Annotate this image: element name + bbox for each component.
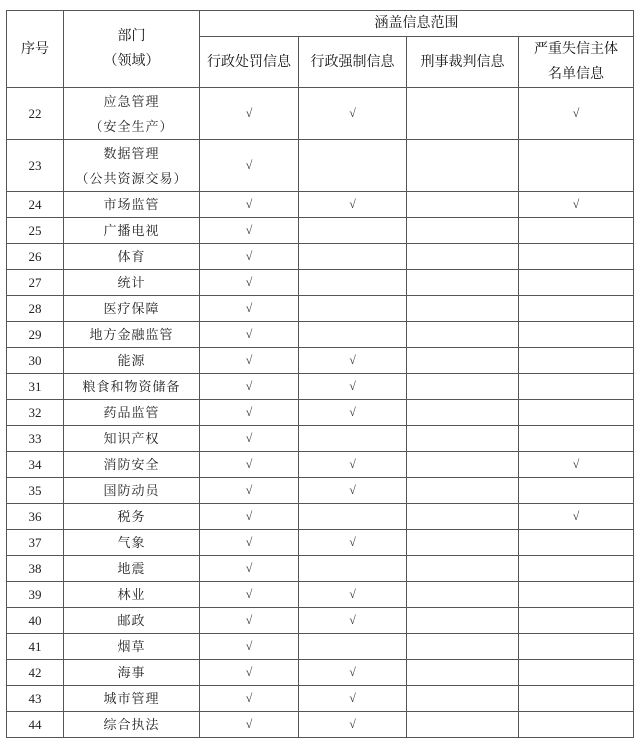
table-row: 35国防动员√√	[7, 478, 634, 504]
criminal-judgment-check	[407, 530, 519, 556]
table-row: 43城市管理√√	[7, 686, 634, 712]
admin-enforcement-check: √	[299, 686, 407, 712]
admin-enforcement-check	[299, 140, 407, 192]
serious-dishonesty-check	[519, 270, 634, 296]
row-index: 26	[7, 244, 64, 270]
admin-enforcement-check: √	[299, 660, 407, 686]
admin-enforcement-check: √	[299, 374, 407, 400]
row-index: 30	[7, 348, 64, 374]
row-index: 23	[7, 140, 64, 192]
row-index: 43	[7, 686, 64, 712]
table-row: 38地震√	[7, 556, 634, 582]
table-row: 28医疗保障√	[7, 296, 634, 322]
table-row: 22应急管理（安全生产）√√√	[7, 88, 634, 140]
header-index: 序号	[7, 11, 64, 88]
serious-dishonesty-check	[519, 686, 634, 712]
header-serious-dishonesty-sublabel: 名单信息	[519, 62, 633, 87]
row-department: 体育	[64, 244, 200, 270]
header-criminal-judgment: 刑事裁判信息	[407, 37, 519, 88]
admin-enforcement-check	[299, 426, 407, 452]
admin-penalty-check: √	[200, 244, 299, 270]
row-department: 地方金融监管	[64, 322, 200, 348]
row-department: 国防动员	[64, 478, 200, 504]
admin-enforcement-check	[299, 296, 407, 322]
header-department-label: 部门	[64, 24, 199, 49]
criminal-judgment-check	[407, 634, 519, 660]
criminal-judgment-check	[407, 582, 519, 608]
serious-dishonesty-check	[519, 556, 634, 582]
table-header: 序号 部门 （领域） 涵盖信息范围 行政处罚信息 行政强制信息 刑事裁判信息 严…	[7, 11, 634, 88]
admin-penalty-check: √	[200, 140, 299, 192]
table-row: 44综合执法√√	[7, 712, 634, 738]
serious-dishonesty-check	[519, 244, 634, 270]
serious-dishonesty-check	[519, 582, 634, 608]
serious-dishonesty-check: √	[519, 504, 634, 530]
table-row: 31粮食和物资储备√√	[7, 374, 634, 400]
table-row: 39林业√√	[7, 582, 634, 608]
row-department: 粮食和物资储备	[64, 374, 200, 400]
row-department: 应急管理（安全生产）	[64, 88, 200, 140]
admin-enforcement-check: √	[299, 400, 407, 426]
row-department: 统计	[64, 270, 200, 296]
serious-dishonesty-check	[519, 634, 634, 660]
row-index: 22	[7, 88, 64, 140]
criminal-judgment-check	[407, 426, 519, 452]
serious-dishonesty-check	[519, 660, 634, 686]
admin-enforcement-check: √	[299, 582, 407, 608]
information-scope-table: 序号 部门 （领域） 涵盖信息范围 行政处罚信息 行政强制信息 刑事裁判信息 严…	[6, 10, 634, 738]
admin-enforcement-check	[299, 504, 407, 530]
row-index: 34	[7, 452, 64, 478]
row-department: 医疗保障	[64, 296, 200, 322]
table-row: 26体育√	[7, 244, 634, 270]
admin-penalty-check: √	[200, 88, 299, 140]
table-row: 36税务√√	[7, 504, 634, 530]
serious-dishonesty-check	[519, 348, 634, 374]
criminal-judgment-check	[407, 270, 519, 296]
admin-enforcement-check: √	[299, 88, 407, 140]
row-department: 药品监管	[64, 400, 200, 426]
admin-penalty-check: √	[200, 296, 299, 322]
row-department: 气象	[64, 530, 200, 556]
serious-dishonesty-check	[519, 322, 634, 348]
table-row: 25广播电视√	[7, 218, 634, 244]
row-department: 林业	[64, 582, 200, 608]
serious-dishonesty-check	[519, 296, 634, 322]
row-department: 地震	[64, 556, 200, 582]
criminal-judgment-check	[407, 374, 519, 400]
table-row: 42海事√√	[7, 660, 634, 686]
admin-penalty-check: √	[200, 634, 299, 660]
row-department: 知识产权	[64, 426, 200, 452]
serious-dishonesty-check	[519, 530, 634, 556]
department-subname: （安全生产）	[64, 114, 199, 139]
admin-penalty-check: √	[200, 556, 299, 582]
row-index: 24	[7, 192, 64, 218]
criminal-judgment-check	[407, 504, 519, 530]
criminal-judgment-check	[407, 88, 519, 140]
row-index: 41	[7, 634, 64, 660]
admin-penalty-check: √	[200, 530, 299, 556]
criminal-judgment-check	[407, 452, 519, 478]
row-index: 42	[7, 660, 64, 686]
serious-dishonesty-check	[519, 426, 634, 452]
admin-enforcement-check: √	[299, 192, 407, 218]
header-coverage-scope-label: 涵盖信息范围	[375, 15, 459, 31]
criminal-judgment-check	[407, 478, 519, 504]
row-department: 综合执法	[64, 712, 200, 738]
row-department: 能源	[64, 348, 200, 374]
admin-penalty-check: √	[200, 218, 299, 244]
admin-enforcement-check	[299, 322, 407, 348]
table-body: 22应急管理（安全生产）√√√23数据管理（公共资源交易）√24市场监管√√√2…	[7, 88, 634, 738]
row-index: 33	[7, 426, 64, 452]
department-name: 数据管理	[64, 141, 199, 166]
header-department-sublabel: （领域）	[64, 49, 199, 74]
header-admin-penalty: 行政处罚信息	[200, 37, 299, 88]
row-department: 邮政	[64, 608, 200, 634]
serious-dishonesty-check: √	[519, 192, 634, 218]
admin-enforcement-check: √	[299, 608, 407, 634]
table-row: 34消防安全√√√	[7, 452, 634, 478]
admin-penalty-check: √	[200, 270, 299, 296]
row-department: 市场监管	[64, 192, 200, 218]
row-index: 36	[7, 504, 64, 530]
admin-enforcement-check: √	[299, 712, 407, 738]
table-row: 41烟草√	[7, 634, 634, 660]
row-department: 数据管理（公共资源交易）	[64, 140, 200, 192]
admin-enforcement-check	[299, 270, 407, 296]
row-department: 烟草	[64, 634, 200, 660]
header-serious-dishonesty-list: 严重失信主体 名单信息	[519, 37, 634, 88]
table-row: 40邮政√√	[7, 608, 634, 634]
table-row: 32药品监管√√	[7, 400, 634, 426]
admin-penalty-check: √	[200, 348, 299, 374]
serious-dishonesty-check	[519, 374, 634, 400]
header-row-group: 序号 部门 （领域） 涵盖信息范围	[7, 11, 634, 37]
admin-penalty-check: √	[200, 660, 299, 686]
admin-penalty-check: √	[200, 322, 299, 348]
row-index: 38	[7, 556, 64, 582]
header-department: 部门 （领域）	[64, 11, 200, 88]
header-admin-enforcement-label: 行政强制信息	[311, 54, 395, 70]
row-department: 消防安全	[64, 452, 200, 478]
row-index: 39	[7, 582, 64, 608]
header-admin-enforcement: 行政强制信息	[299, 37, 407, 88]
row-department: 广播电视	[64, 218, 200, 244]
admin-penalty-check: √	[200, 504, 299, 530]
serious-dishonesty-check	[519, 218, 634, 244]
row-index: 35	[7, 478, 64, 504]
row-department: 税务	[64, 504, 200, 530]
criminal-judgment-check	[407, 686, 519, 712]
admin-enforcement-check: √	[299, 452, 407, 478]
table-row: 30能源√√	[7, 348, 634, 374]
criminal-judgment-check	[407, 244, 519, 270]
admin-penalty-check: √	[200, 478, 299, 504]
row-department: 城市管理	[64, 686, 200, 712]
table-row: 23数据管理（公共资源交易）√	[7, 140, 634, 192]
header-coverage-scope: 涵盖信息范围	[200, 11, 634, 37]
header-serious-dishonesty-label: 严重失信主体	[519, 37, 633, 62]
admin-enforcement-check: √	[299, 530, 407, 556]
row-department: 海事	[64, 660, 200, 686]
department-name: 应急管理	[64, 89, 199, 114]
header-index-label: 序号	[21, 41, 49, 57]
row-index: 28	[7, 296, 64, 322]
criminal-judgment-check	[407, 140, 519, 192]
admin-penalty-check: √	[200, 374, 299, 400]
admin-penalty-check: √	[200, 712, 299, 738]
criminal-judgment-check	[407, 400, 519, 426]
table-row: 27统计√	[7, 270, 634, 296]
serious-dishonesty-check	[519, 400, 634, 426]
criminal-judgment-check	[407, 608, 519, 634]
admin-enforcement-check	[299, 244, 407, 270]
header-admin-penalty-label: 行政处罚信息	[207, 54, 291, 70]
row-index: 29	[7, 322, 64, 348]
criminal-judgment-check	[407, 218, 519, 244]
admin-penalty-check: √	[200, 686, 299, 712]
criminal-judgment-check	[407, 712, 519, 738]
header-criminal-judgment-label: 刑事裁判信息	[421, 54, 505, 70]
admin-penalty-check: √	[200, 400, 299, 426]
admin-enforcement-check: √	[299, 348, 407, 374]
serious-dishonesty-check	[519, 140, 634, 192]
admin-penalty-check: √	[200, 582, 299, 608]
criminal-judgment-check	[407, 556, 519, 582]
table-row: 29地方金融监管√	[7, 322, 634, 348]
serious-dishonesty-check	[519, 478, 634, 504]
row-index: 40	[7, 608, 64, 634]
criminal-judgment-check	[407, 192, 519, 218]
admin-penalty-check: √	[200, 452, 299, 478]
criminal-judgment-check	[407, 296, 519, 322]
table-row: 24市场监管√√√	[7, 192, 634, 218]
row-index: 44	[7, 712, 64, 738]
admin-enforcement-check	[299, 556, 407, 582]
serious-dishonesty-check: √	[519, 88, 634, 140]
serious-dishonesty-check: √	[519, 452, 634, 478]
criminal-judgment-check	[407, 322, 519, 348]
table-row: 37气象√√	[7, 530, 634, 556]
criminal-judgment-check	[407, 660, 519, 686]
row-index: 32	[7, 400, 64, 426]
admin-enforcement-check	[299, 218, 407, 244]
serious-dishonesty-check	[519, 608, 634, 634]
admin-penalty-check: √	[200, 608, 299, 634]
admin-penalty-check: √	[200, 192, 299, 218]
table-row: 33知识产权√	[7, 426, 634, 452]
criminal-judgment-check	[407, 348, 519, 374]
row-index: 27	[7, 270, 64, 296]
serious-dishonesty-check	[519, 712, 634, 738]
row-index: 25	[7, 218, 64, 244]
row-index: 37	[7, 530, 64, 556]
row-index: 31	[7, 374, 64, 400]
admin-enforcement-check: √	[299, 478, 407, 504]
department-subname: （公共资源交易）	[64, 166, 199, 191]
admin-penalty-check: √	[200, 426, 299, 452]
admin-enforcement-check	[299, 634, 407, 660]
